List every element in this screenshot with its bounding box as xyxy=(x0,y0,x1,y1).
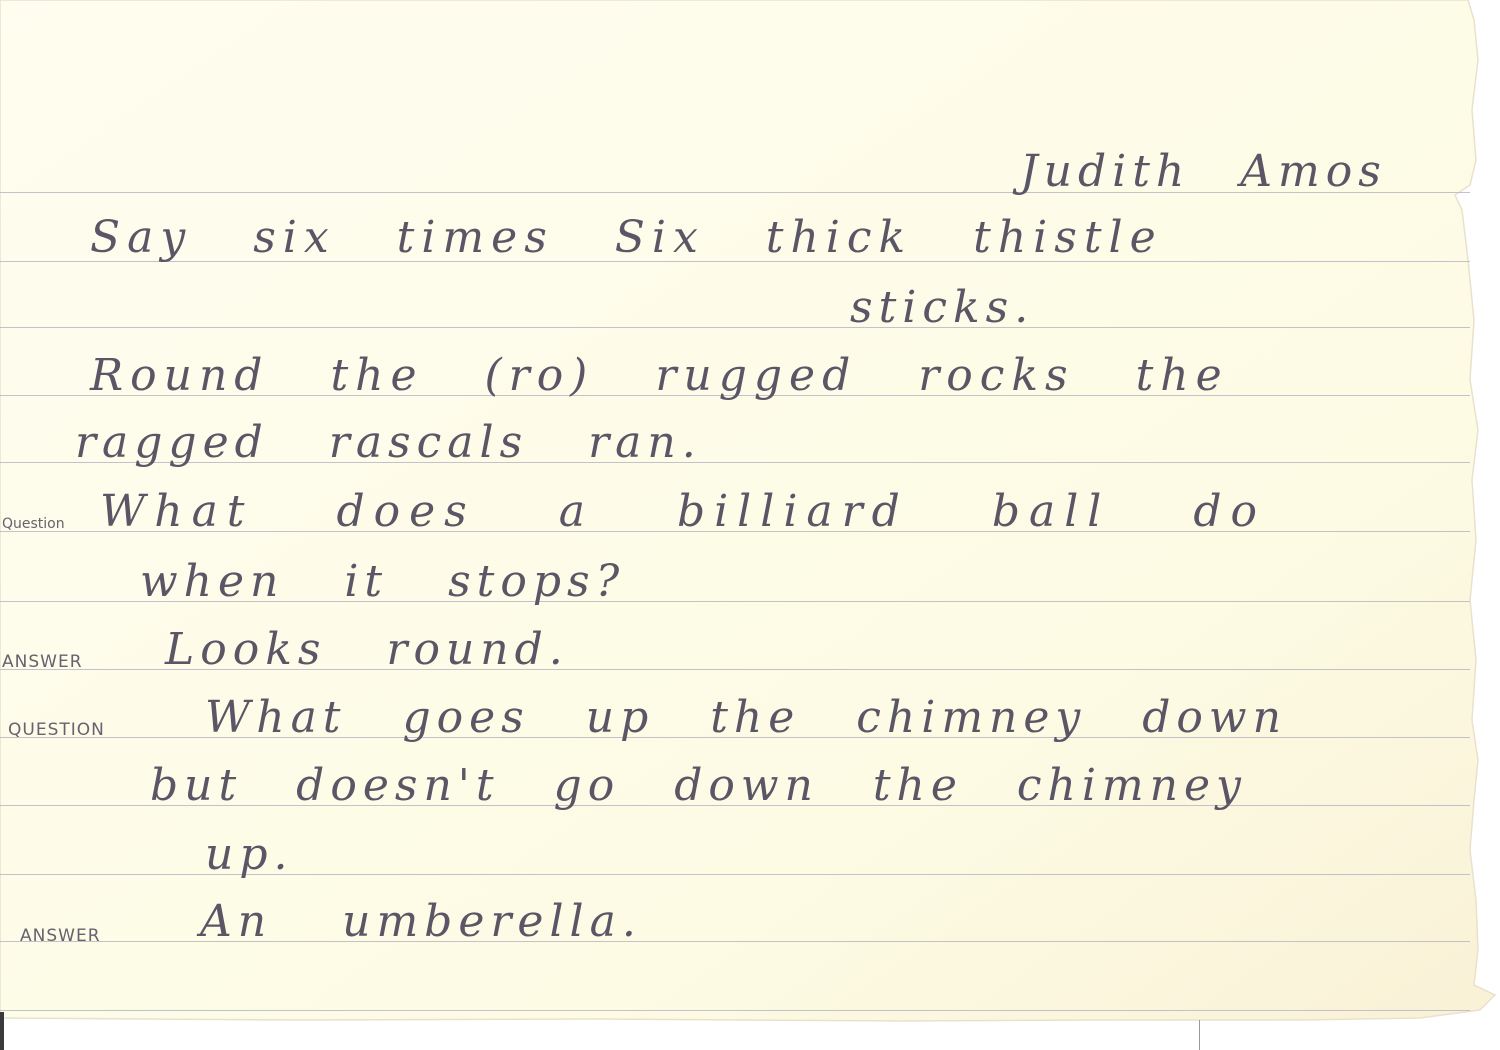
question-label: QUESTION xyxy=(8,722,105,739)
handwritten-line: Say six times Six thick thistle xyxy=(90,216,1163,260)
handwritten-line: sticks. xyxy=(850,286,1034,330)
scan-edge-tick xyxy=(1199,1020,1200,1050)
handwritten-line: when it stops? xyxy=(140,560,625,604)
handwritten-line: ragged rascals ran. xyxy=(75,421,702,465)
handwritten-line: Looks round. xyxy=(165,628,569,672)
author-signature: Judith Amos xyxy=(1020,150,1387,194)
note-card: Judith Amos Say six times Six thick this… xyxy=(0,0,1500,1050)
handwritten-line: but doesn't go down the chimney xyxy=(150,764,1247,808)
question-label: Question xyxy=(2,517,65,531)
answer-label: ANSWER xyxy=(20,928,101,945)
ruled-line xyxy=(0,327,1470,328)
handwritten-line: Round the (ro) rugged rocks the xyxy=(90,354,1229,398)
handwritten-line: up. xyxy=(205,833,294,877)
handwritten-line: What does a billiard ball do xyxy=(100,490,1266,534)
scan-edge-mark xyxy=(0,1012,4,1050)
ruled-line xyxy=(0,1010,1470,1011)
handwritten-line: What goes up the chimney down xyxy=(205,696,1287,740)
answer-label: ANSWER xyxy=(2,654,83,671)
handwritten-line: An umberella. xyxy=(200,900,642,944)
